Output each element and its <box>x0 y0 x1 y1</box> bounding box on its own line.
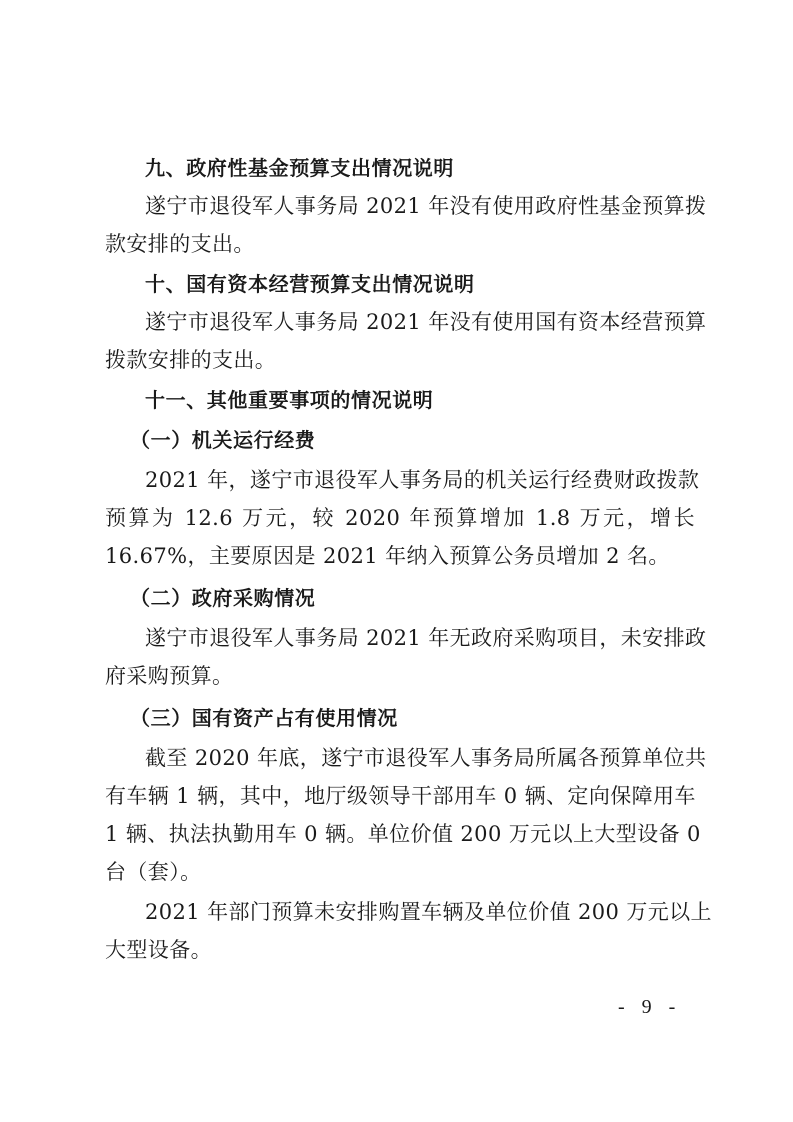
paragraph-line: 大型设备。 <box>105 937 695 963</box>
subsection-heading-3: （三）国有资产占有使用情况 <box>130 705 680 731</box>
paragraph-line: 遂宁市退役军人事务局 2021 年无政府采购项目，未安排政 <box>145 625 695 651</box>
paragraph-line: 16.67%，主要原因是 2021 年纳入预算公务员增加 2 名。 <box>105 543 695 569</box>
paragraph-line: 2021 年，遂宁市退役军人事务局的机关运行经费财政拨款 <box>145 467 695 493</box>
paragraph-line: 预算为 12.6 万元，较 2020 年预算增加 1.8 万元，增长 <box>105 505 695 531</box>
paragraph-line: 1 辆、执法执勤用车 0 辆。单位价值 200 万元以上大型设备 0 <box>105 821 695 847</box>
section-heading-11: 十一、其他重要事项的情况说明 <box>145 387 695 413</box>
subsection-heading-1: （一）机关运行经费 <box>130 427 680 453</box>
document-page: 九、政府性基金预算支出情况说明 遂宁市退役军人事务局 2021 年没有使用政府性… <box>0 0 793 1122</box>
section-heading-10: 十、国有资本经营预算支出情况说明 <box>145 271 695 297</box>
subsection-heading-2: （二）政府采购情况 <box>130 585 680 611</box>
page-number: - 9 - <box>618 996 681 1019</box>
paragraph-line: 台（套）。 <box>105 859 695 885</box>
paragraph-line: 府采购预算。 <box>105 663 695 689</box>
paragraph-line: 2021 年部门预算未安排购置车辆及单位价值 200 万元以上 <box>145 899 695 925</box>
section-heading-9: 九、政府性基金预算支出情况说明 <box>145 155 695 181</box>
paragraph-line: 遂宁市退役军人事务局 2021 年没有使用国有资本经营预算 <box>145 309 695 335</box>
paragraph-line: 款安排的支出。 <box>105 231 695 257</box>
paragraph-line: 截至 2020 年底，遂宁市退役军人事务局所属各预算单位共 <box>145 745 695 771</box>
paragraph-line: 有车辆 1 辆，其中，地厅级领导干部用车 0 辆、定向保障用车 <box>105 783 695 809</box>
paragraph-line: 拨款安排的支出。 <box>105 347 695 373</box>
paragraph-line: 遂宁市退役军人事务局 2021 年没有使用政府性基金预算拨 <box>145 193 695 219</box>
